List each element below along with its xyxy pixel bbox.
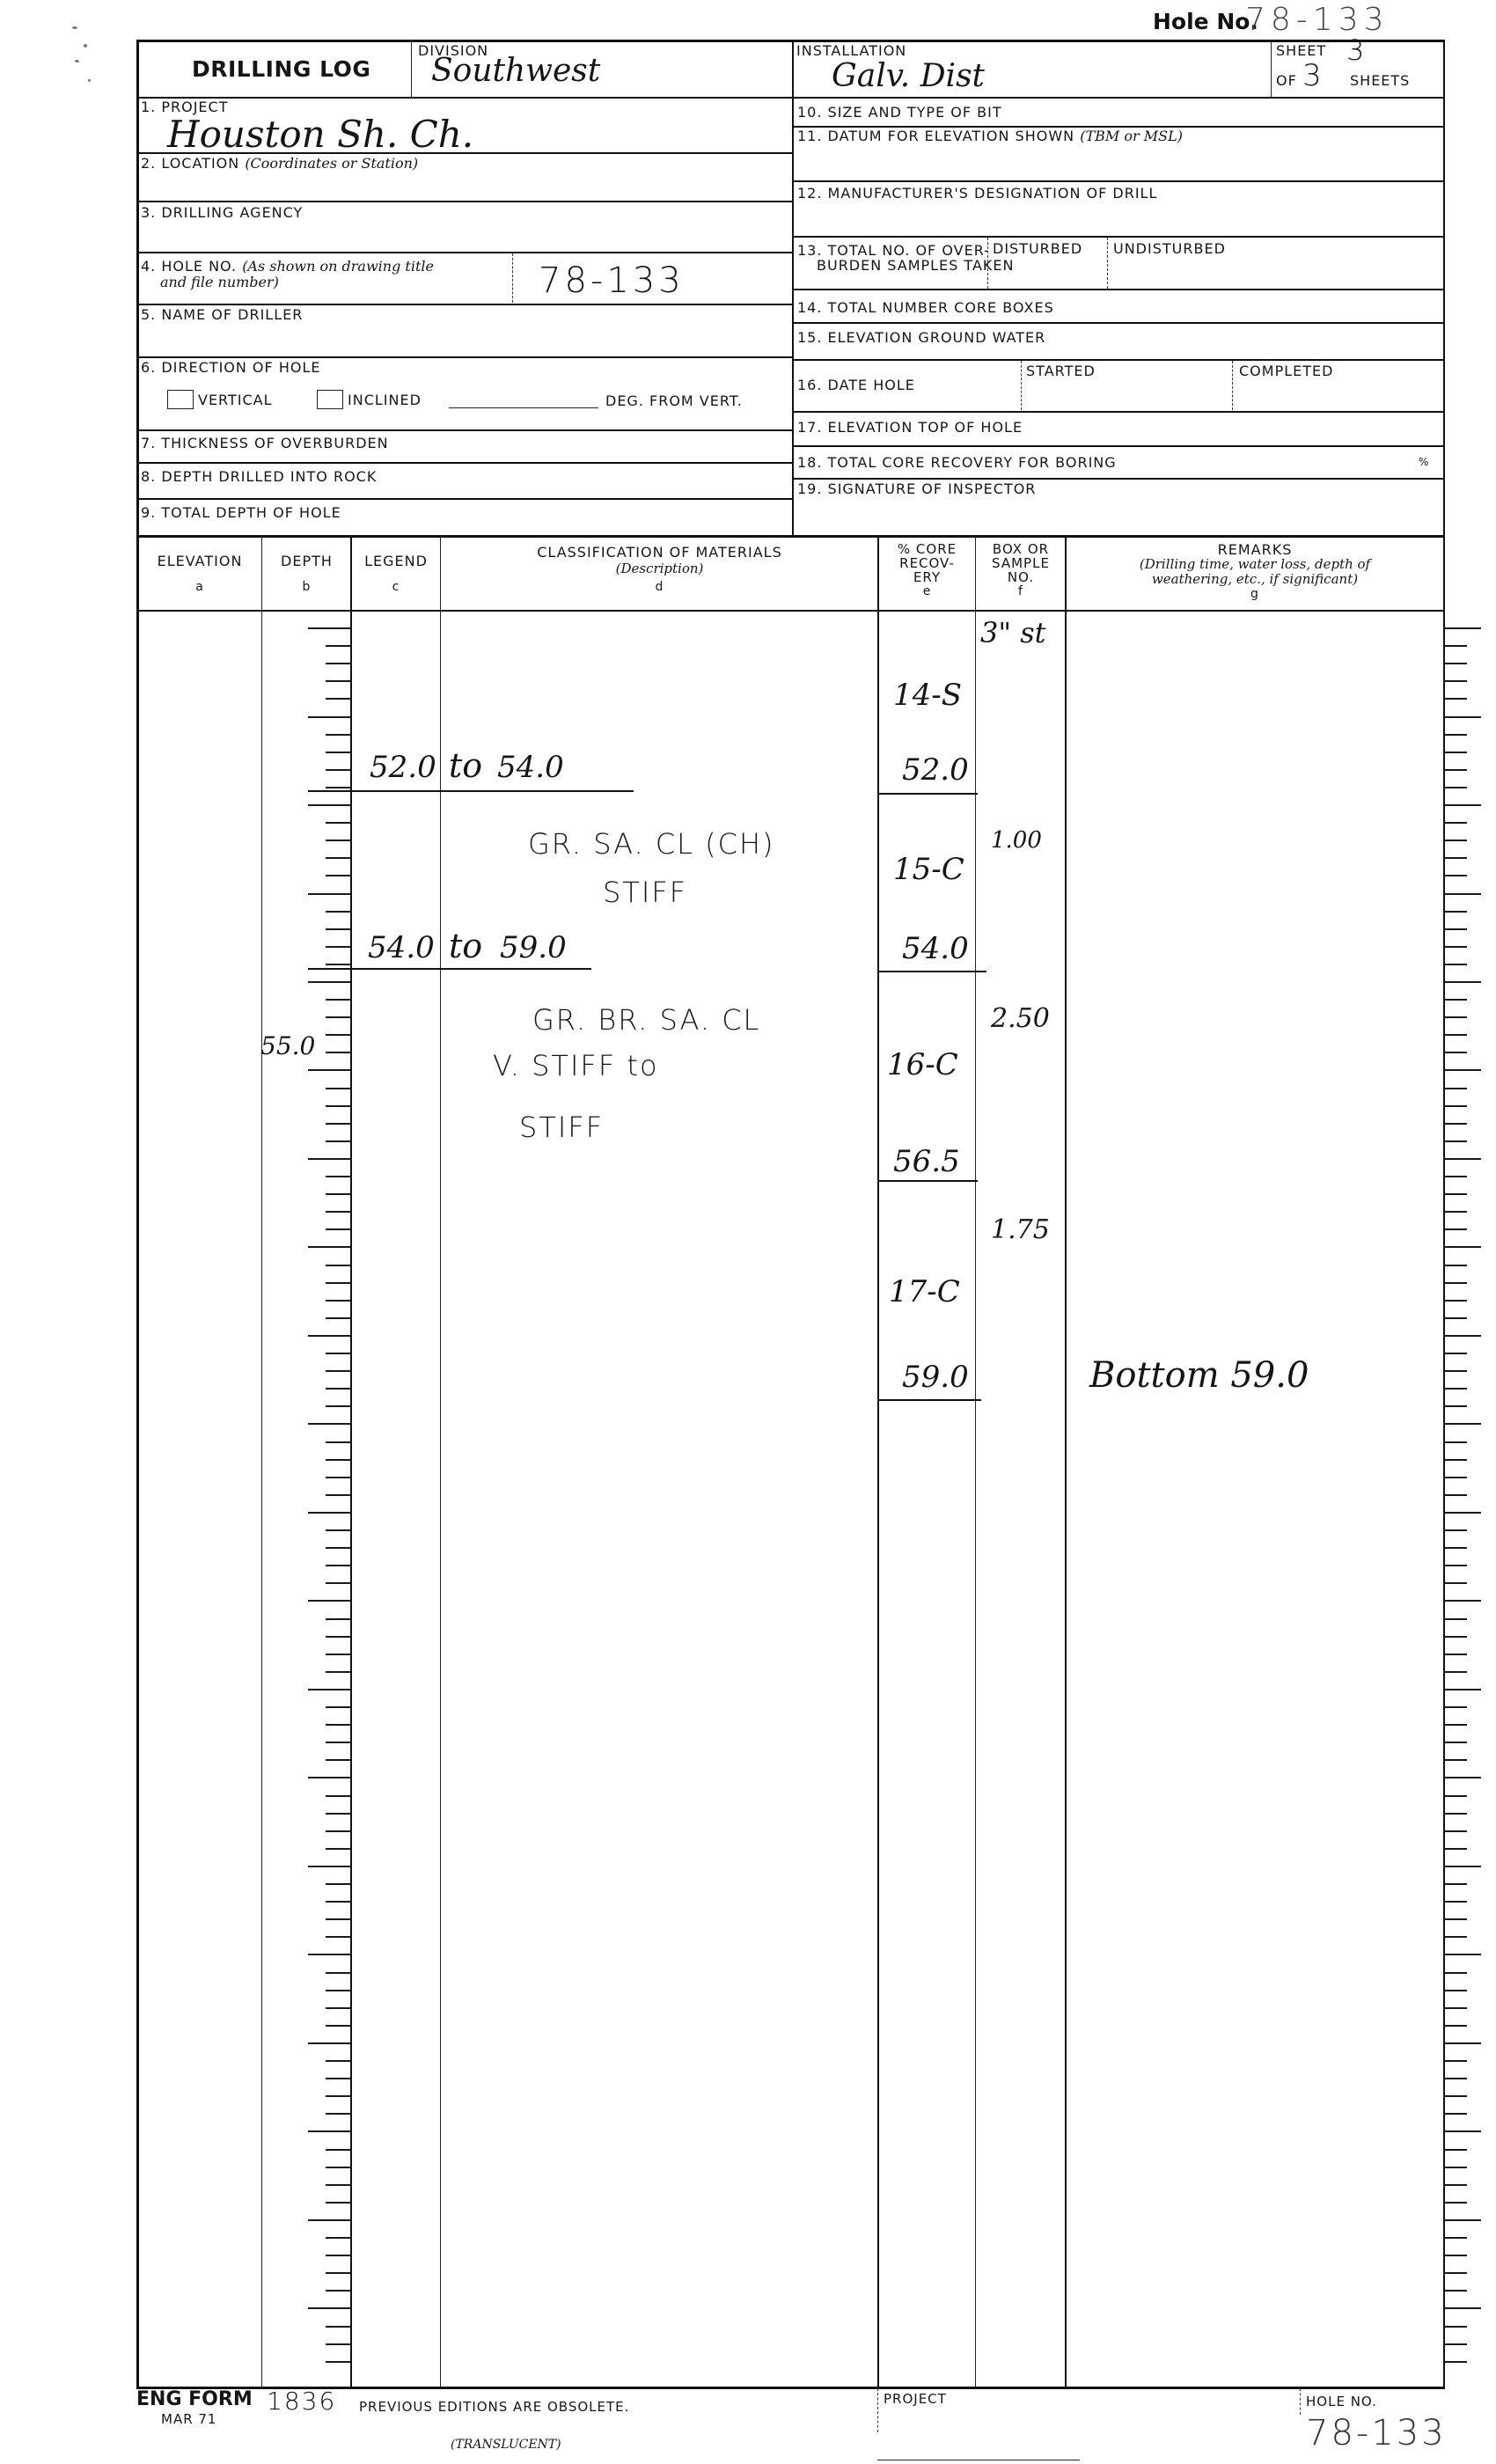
sheet-divider bbox=[1271, 40, 1272, 97]
scale-tick-right bbox=[1444, 752, 1467, 753]
sample-2-no[interactable]: 15-C bbox=[893, 852, 964, 887]
depth-tick bbox=[326, 964, 350, 965]
row-line-rock bbox=[136, 498, 792, 500]
scale-tick-right bbox=[1444, 1388, 1467, 1390]
row-line-project bbox=[136, 152, 792, 154]
table-header-line bbox=[136, 610, 1445, 612]
scale-tick-right bbox=[1444, 1088, 1467, 1089]
depth-tick bbox=[326, 1228, 350, 1230]
hole-no-label: 4. HOLE NO. (As shown on drawing title bbox=[141, 258, 434, 275]
scale-tick-right bbox=[1444, 663, 1467, 664]
degrees-input[interactable] bbox=[449, 407, 598, 408]
scale-tick-right bbox=[1444, 1193, 1467, 1195]
sample-4-depth-end: 59.0 bbox=[902, 1360, 969, 1395]
depth-tick bbox=[308, 716, 350, 718]
depth-tick bbox=[326, 1830, 350, 1832]
scale-tick-right bbox=[1444, 1706, 1467, 1708]
total-depth-label: 9. TOTAL DEPTH OF HOLE bbox=[141, 504, 341, 521]
division-value[interactable]: Southwest bbox=[431, 53, 600, 89]
sample-2-box-note[interactable]: 1.00 bbox=[991, 827, 1042, 854]
depth-tick bbox=[326, 1441, 350, 1443]
col-core-letter: e bbox=[879, 584, 975, 598]
col-classification-label: CLASSIFICATION OF MATERIALS bbox=[442, 544, 877, 561]
depth-tick bbox=[308, 1423, 350, 1425]
disturbed-label: DISTURBED bbox=[993, 240, 1082, 257]
depth-tick bbox=[308, 1689, 350, 1690]
depth-tick bbox=[326, 2326, 350, 2328]
footer-hole-label: HOLE NO. bbox=[1306, 2394, 1377, 2409]
col-legend-letter: c bbox=[352, 580, 440, 594]
scale-tick-right bbox=[1444, 1883, 1467, 1885]
depth-tick bbox=[326, 911, 350, 913]
form-number: 1836 bbox=[267, 2387, 336, 2416]
col-remarks-header: REMARKS (Drilling time, water loss, dept… bbox=[1067, 542, 1443, 602]
col-elevation-label: ELEVATION bbox=[138, 553, 261, 569]
depth-tick bbox=[326, 840, 350, 841]
col-core-label-2: RECOV- bbox=[879, 556, 975, 570]
depth-tick bbox=[308, 1335, 350, 1337]
scale-tick-right bbox=[1444, 893, 1481, 895]
depth-tick bbox=[308, 2130, 350, 2132]
hole-no-hint-2: and file number) bbox=[160, 274, 279, 290]
scale-tick-right bbox=[1444, 2290, 1467, 2292]
depth-tick bbox=[308, 1069, 350, 1071]
scale-tick-right bbox=[1444, 734, 1467, 736]
depth-tick bbox=[308, 2307, 350, 2309]
layer-1-to: 54.0 bbox=[497, 750, 564, 785]
col-core-label-3: ERY bbox=[879, 570, 975, 584]
col-box-letter: f bbox=[977, 584, 1065, 598]
col-div-legend bbox=[350, 537, 352, 2387]
scan-speck bbox=[88, 79, 91, 82]
scale-tick-right bbox=[1444, 840, 1467, 841]
footer-project-line bbox=[877, 2460, 1080, 2460]
translucent-note-wrap: (TRANSLUCENT) bbox=[451, 2438, 561, 2452]
layer-2-to: 59.0 bbox=[500, 930, 567, 965]
scale-tick-right bbox=[1444, 1813, 1467, 1815]
row-line-core-boxes bbox=[792, 322, 1445, 324]
col-classification-header: CLASSIFICATION OF MATERIALS (Description… bbox=[442, 544, 877, 594]
top-hole-value: 78-133 bbox=[1245, 2, 1390, 38]
undisturbed-divider bbox=[1107, 238, 1108, 289]
scale-tick-right bbox=[1444, 1353, 1467, 1354]
footer-hole-value[interactable]: 78-133 bbox=[1306, 2413, 1447, 2453]
depth-tick bbox=[308, 1246, 350, 1248]
depth-tick bbox=[326, 875, 350, 876]
recovery-label: 18. TOTAL CORE RECOVERY FOR BORING bbox=[797, 454, 1117, 471]
deg-label: DEG. FROM VERT. bbox=[605, 392, 743, 409]
scale-tick-right bbox=[1444, 1582, 1467, 1584]
depth-tick bbox=[326, 1123, 350, 1125]
completed-label: COMPLETED bbox=[1239, 363, 1333, 379]
row-line-overburden bbox=[136, 462, 792, 464]
depth-tick bbox=[326, 2272, 350, 2274]
scale-tick-right bbox=[1444, 1370, 1467, 1372]
scale-tick-right bbox=[1444, 1936, 1467, 1938]
driller-label: 5. NAME OF DRILLER bbox=[141, 306, 303, 323]
depth-tick bbox=[326, 1618, 350, 1620]
scale-tick-right bbox=[1444, 1918, 1467, 1920]
scale-tick-right bbox=[1444, 1123, 1467, 1125]
samples-label-2: BURDEN SAMPLES TAKEN bbox=[817, 257, 1014, 274]
scale-tick-right bbox=[1444, 2095, 1467, 2097]
layer-1-description-1[interactable]: GR. SA. CL (CH) bbox=[528, 827, 775, 861]
col-legend-header: LEGEND c bbox=[352, 553, 440, 594]
layer-1-boundary bbox=[308, 790, 634, 792]
depth-tick bbox=[326, 1052, 350, 1053]
col-classification-sub-text: (Description) bbox=[616, 561, 704, 576]
depth-tick bbox=[326, 1565, 350, 1566]
col-classification-letter: d bbox=[442, 580, 877, 594]
installation-value[interactable]: Galv. Dist bbox=[832, 58, 985, 94]
depth-tick bbox=[326, 1034, 350, 1036]
col-box-label-1: BOX OR bbox=[977, 542, 1065, 556]
scale-tick-right bbox=[1444, 1034, 1467, 1036]
scale-tick-right bbox=[1444, 1795, 1467, 1797]
vertical-label: VERTICAL bbox=[198, 392, 273, 408]
scale-tick-right bbox=[1444, 2113, 1467, 2115]
depth-tick bbox=[326, 1317, 350, 1319]
sample-1-no[interactable]: 14-S bbox=[893, 678, 962, 713]
col-div-core bbox=[877, 537, 879, 2387]
col-remarks-sub-1-wrap: (Drilling time, water loss, depth of bbox=[1067, 557, 1443, 572]
sample-3-depth-end: 56.5 bbox=[893, 1144, 960, 1179]
header-bottom-line bbox=[136, 535, 1445, 538]
form-title: DRILLING LOG bbox=[192, 56, 370, 82]
depth-tick bbox=[326, 2060, 350, 2062]
depth-tick bbox=[308, 627, 350, 629]
depth-tick bbox=[326, 1140, 350, 1142]
depth-tick bbox=[326, 1636, 350, 1638]
depth-tick bbox=[326, 1547, 350, 1549]
depth-tick bbox=[326, 2184, 350, 2186]
scale-tick-right bbox=[1444, 1405, 1467, 1407]
col-depth-letter: b bbox=[263, 580, 350, 594]
depth-tick bbox=[326, 1300, 350, 1302]
scale-tick-right bbox=[1444, 1459, 1467, 1461]
hole-no-divider bbox=[512, 253, 513, 303]
col-div-classification bbox=[440, 537, 441, 2387]
remark-bottom[interactable]: Bottom 59.0 bbox=[1089, 1355, 1309, 1396]
depth-tick bbox=[326, 1972, 350, 1974]
layer-2-description-2[interactable]: V. STIFF to bbox=[493, 1049, 659, 1082]
scale-tick-right bbox=[1444, 1423, 1481, 1425]
layer-1-from: 52.0 bbox=[370, 750, 436, 785]
depth-tick bbox=[326, 928, 350, 930]
scale-tick-right bbox=[1444, 999, 1467, 1001]
datum-label: 11. DATUM FOR ELEVATION SHOWN (TBM or MS… bbox=[797, 128, 1183, 144]
scale-tick-right bbox=[1444, 1547, 1467, 1549]
scale-tick-right bbox=[1444, 1901, 1467, 1903]
scale-tick-right bbox=[1444, 645, 1467, 647]
scale-tick-right bbox=[1444, 1176, 1467, 1177]
depth-tick bbox=[326, 1353, 350, 1354]
depth-tick bbox=[326, 1494, 350, 1496]
completed-divider bbox=[1232, 361, 1233, 410]
depth-tick bbox=[326, 1105, 350, 1107]
scale-tick-right bbox=[1444, 2202, 1467, 2204]
date-label: 16. DATE HOLE bbox=[797, 377, 915, 393]
depth-tick bbox=[308, 1777, 350, 1778]
depth-tick bbox=[308, 1512, 350, 1514]
depth-tick bbox=[326, 1282, 350, 1284]
row-line-location bbox=[136, 201, 792, 202]
depth-tick bbox=[326, 999, 350, 1001]
sample-1-box-note[interactable]: 3" st bbox=[980, 616, 1046, 649]
depth-tick bbox=[326, 2361, 350, 2363]
scale-tick-right bbox=[1444, 1052, 1467, 1053]
scale-tick-right bbox=[1444, 2219, 1481, 2221]
obsolete-note: PREVIOUS EDITIONS ARE OBSOLETE. bbox=[359, 2399, 629, 2415]
scale-tick-right bbox=[1444, 2078, 1467, 2079]
depth-tick bbox=[326, 2025, 350, 2027]
vertical-checkbox[interactable] bbox=[167, 390, 194, 409]
depth-tick bbox=[326, 2007, 350, 2009]
depth-tick bbox=[326, 1459, 350, 1461]
scale-tick-right bbox=[1444, 2237, 1467, 2239]
depth-tick bbox=[326, 2095, 350, 2097]
layer-2-from: 54.0 bbox=[368, 930, 435, 965]
row-line-agency bbox=[136, 252, 792, 253]
depth-tick bbox=[326, 1193, 350, 1195]
sample-3-boundary bbox=[877, 1180, 978, 1182]
scale-tick-right bbox=[1444, 2149, 1467, 2151]
layer-2-to-word: to bbox=[449, 927, 482, 965]
depth-tick bbox=[308, 1866, 350, 1867]
scale-tick-right bbox=[1444, 1671, 1467, 1673]
scale-tick-right bbox=[1444, 2255, 1467, 2256]
sheet-label: SHEET bbox=[1276, 42, 1326, 59]
rock-label: 8. DEPTH DRILLED INTO ROCK bbox=[141, 468, 377, 485]
installation-label: INSTALLATION bbox=[796, 42, 906, 59]
sample-4-box-note[interactable]: 1.75 bbox=[991, 1214, 1050, 1245]
location-label-text: 2. LOCATION bbox=[141, 155, 239, 172]
inclined-checkbox[interactable] bbox=[317, 390, 343, 409]
depth-tick bbox=[326, 2113, 350, 2115]
depth-tick bbox=[326, 2149, 350, 2151]
depth-tick bbox=[308, 2219, 350, 2221]
depth-marker: 55.0 bbox=[260, 1031, 315, 1060]
top-elev-label: 17. ELEVATION TOP OF HOLE bbox=[797, 419, 1023, 436]
sheet-value[interactable]: 3 bbox=[1346, 33, 1364, 67]
scale-tick-right bbox=[1444, 1228, 1467, 1230]
row-line-1 bbox=[136, 97, 1445, 99]
row-line-direction bbox=[136, 429, 792, 431]
scale-tick-right bbox=[1444, 1654, 1467, 1655]
scale-tick-right bbox=[1444, 1158, 1481, 1160]
scale-tick-right bbox=[1444, 946, 1467, 948]
depth-tick bbox=[326, 2255, 350, 2256]
scale-tick-right bbox=[1444, 911, 1467, 913]
scan-speck bbox=[72, 26, 77, 29]
depth-tick bbox=[326, 946, 350, 948]
depth-tick bbox=[326, 1813, 350, 1815]
depth-tick bbox=[326, 1265, 350, 1266]
col-remarks-sub-1: (Drilling time, water loss, depth of bbox=[1140, 556, 1370, 572]
row-line-datum bbox=[792, 180, 1445, 182]
scale-tick-right bbox=[1444, 2025, 1467, 2027]
col-remarks-sub-2: weathering, etc., if significant) bbox=[1152, 571, 1358, 587]
scan-speck bbox=[75, 60, 79, 62]
row-line-date bbox=[792, 411, 1445, 413]
layer-2-description-1[interactable]: GR. BR. SA. CL bbox=[532, 1003, 760, 1037]
scale-tick-right bbox=[1444, 1016, 1467, 1018]
sample-3-box-note[interactable]: 2.50 bbox=[991, 1003, 1050, 1034]
col-box-label-2: SAMPLE bbox=[977, 556, 1065, 570]
scale-tick-right bbox=[1444, 1211, 1467, 1213]
depth-tick bbox=[308, 2042, 350, 2044]
depth-tick bbox=[308, 804, 350, 806]
sample-2-boundary bbox=[877, 971, 986, 972]
col-remarks-label: REMARKS bbox=[1067, 542, 1443, 557]
disturbed-divider bbox=[987, 238, 988, 289]
layer-2-description-3[interactable]: STIFF bbox=[519, 1111, 604, 1144]
col-box-label-3: NO. bbox=[977, 570, 1065, 584]
scale-tick-right bbox=[1444, 627, 1481, 629]
hole-no-value[interactable]: 78-133 bbox=[539, 260, 685, 301]
depth-tick bbox=[308, 1600, 350, 1602]
scale-tick-right bbox=[1444, 2130, 1481, 2132]
overburden-label: 7. THICKNESS OF OVERBURDEN bbox=[141, 435, 389, 451]
depth-tick bbox=[326, 1724, 350, 1726]
sheets-label: SHEETS bbox=[1350, 72, 1410, 89]
scale-tick-right bbox=[1444, 1689, 1481, 1690]
scale-tick-right bbox=[1444, 1529, 1467, 1531]
depth-tick bbox=[326, 2078, 350, 2079]
scale-tick-right bbox=[1444, 804, 1481, 806]
depth-tick bbox=[326, 2202, 350, 2204]
scale-tick-right bbox=[1444, 964, 1467, 965]
top-hole-label: Hole No. bbox=[1153, 9, 1258, 34]
scale-tick-right bbox=[1444, 2343, 1467, 2345]
scale-tick-right bbox=[1444, 1441, 1467, 1443]
scale-tick-right bbox=[1444, 680, 1467, 682]
scale-tick-right bbox=[1444, 1600, 1481, 1602]
col-classification-sub: (Description) bbox=[442, 561, 877, 576]
depth-tick bbox=[326, 2290, 350, 2292]
frame-top bbox=[136, 40, 1445, 42]
depth-tick bbox=[326, 769, 350, 771]
scale-tick-right bbox=[1444, 716, 1481, 718]
layer-1-description-2[interactable]: STIFF bbox=[603, 876, 687, 909]
depth-tick bbox=[308, 1954, 350, 1955]
scale-tick-right bbox=[1444, 1335, 1481, 1337]
col-box-header: BOX OR SAMPLE NO. f bbox=[977, 542, 1065, 598]
frame-right bbox=[1443, 40, 1445, 2387]
started-divider bbox=[1021, 361, 1022, 410]
footer-project-label: PROJECT bbox=[884, 2391, 947, 2407]
scale-tick-right bbox=[1444, 2326, 1467, 2328]
project-value[interactable]: Houston Sh. Ch. bbox=[167, 113, 473, 156]
scale-tick-right bbox=[1444, 2307, 1481, 2309]
depth-tick bbox=[326, 1529, 350, 1531]
scale-tick-right bbox=[1444, 1848, 1467, 1850]
row-line-top-elev bbox=[792, 445, 1445, 447]
depth-tick bbox=[308, 893, 350, 895]
recovery-unit: % bbox=[1419, 456, 1429, 468]
sample-3-no[interactable]: 16-C bbox=[887, 1047, 958, 1082]
depth-tick bbox=[326, 1883, 350, 1885]
scale-tick-right bbox=[1444, 1636, 1467, 1638]
scale-tick-right bbox=[1444, 2042, 1481, 2044]
of-value[interactable]: 3 bbox=[1302, 58, 1322, 93]
depth-tick bbox=[326, 1918, 350, 1920]
scale-tick-right bbox=[1444, 1477, 1467, 1478]
scale-tick-right bbox=[1444, 1265, 1467, 1266]
scale-tick-right bbox=[1444, 1954, 1481, 1955]
scale-tick-right bbox=[1444, 2007, 1467, 2009]
inclined-label: INCLINED bbox=[348, 392, 422, 408]
hole-no-hint-2-wrap: and file number) bbox=[160, 274, 279, 290]
scale-tick-right bbox=[1444, 857, 1467, 859]
depth-tick bbox=[326, 2343, 350, 2345]
footer-project-divider bbox=[877, 2388, 878, 2432]
depth-tick bbox=[326, 1388, 350, 1390]
top-hole-number: Hole No. bbox=[1153, 9, 1258, 34]
scale-tick-right bbox=[1444, 1282, 1467, 1284]
depth-tick bbox=[326, 645, 350, 647]
depth-tick bbox=[326, 1706, 350, 1708]
depth-tick bbox=[326, 1742, 350, 1743]
location-label: 2. LOCATION (Coordinates or Station) bbox=[141, 155, 418, 172]
scale-tick-right bbox=[1444, 1724, 1467, 1726]
depth-tick bbox=[308, 1158, 350, 1160]
scale-tick-right bbox=[1444, 981, 1481, 983]
depth-tick bbox=[326, 2167, 350, 2168]
depth-tick bbox=[326, 1582, 350, 1584]
core-boxes-label: 14. TOTAL NUMBER CORE BOXES bbox=[797, 299, 1054, 316]
depth-tick bbox=[308, 981, 350, 983]
depth-tick bbox=[326, 698, 350, 700]
depth-tick bbox=[326, 1370, 350, 1372]
scale-tick-right bbox=[1444, 1494, 1467, 1496]
datum-label-text: 11. DATUM FOR ELEVATION SHOWN bbox=[797, 128, 1074, 144]
scale-tick-right bbox=[1444, 2167, 1467, 2168]
scale-tick-right bbox=[1444, 1105, 1467, 1107]
depth-tick bbox=[326, 2237, 350, 2239]
sample-2-depth-end: 54.0 bbox=[902, 931, 969, 966]
depth-tick bbox=[326, 1936, 350, 1938]
depth-tick bbox=[326, 1016, 350, 1018]
scale-tick-right bbox=[1444, 769, 1467, 771]
depth-tick bbox=[326, 1405, 350, 1407]
scale-tick-right bbox=[1444, 2361, 1467, 2363]
scale-tick-right bbox=[1444, 875, 1467, 876]
scale-tick-right bbox=[1444, 1990, 1467, 1991]
layer-1-to-word: to bbox=[449, 746, 482, 785]
scale-tick-right bbox=[1444, 1972, 1467, 1974]
hole-no-label-text: 4. HOLE NO. bbox=[141, 258, 237, 275]
row-line-hole bbox=[136, 304, 792, 305]
depth-tick bbox=[326, 1477, 350, 1478]
scale-tick-right bbox=[1444, 1140, 1467, 1142]
scan-speck bbox=[84, 44, 87, 48]
scale-tick-right bbox=[1444, 698, 1467, 700]
scale-tick-right bbox=[1444, 1565, 1467, 1566]
col-core-header: % CORE RECOV- ERY e bbox=[879, 542, 975, 598]
depth-tick bbox=[326, 680, 350, 682]
sample-4-no[interactable]: 17-C bbox=[889, 1274, 960, 1309]
layer-2-boundary bbox=[308, 968, 591, 970]
row-line-ground-water bbox=[792, 359, 1445, 361]
hole-no-hint-1: (As shown on drawing title bbox=[242, 258, 434, 275]
datum-hint: (TBM or MSL) bbox=[1080, 128, 1183, 144]
col-legend-label: LEGEND bbox=[352, 553, 440, 569]
depth-tick bbox=[326, 787, 350, 788]
scale-tick-right bbox=[1444, 1830, 1467, 1832]
col-depth-header: DEPTH b bbox=[263, 553, 350, 594]
col-remarks-sub-2-wrap: weathering, etc., if significant) bbox=[1067, 572, 1443, 587]
